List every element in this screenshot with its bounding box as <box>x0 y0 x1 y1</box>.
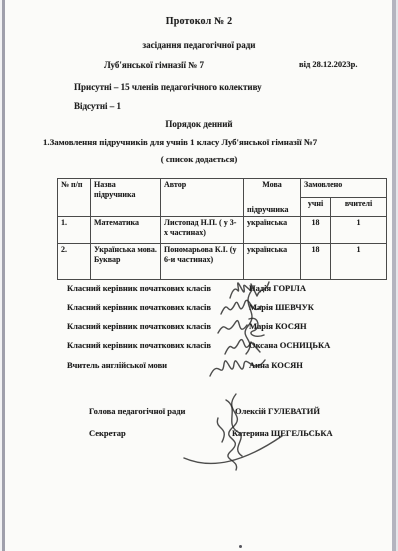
ink-dot <box>239 545 242 548</box>
official-role: Секретар <box>89 428 126 438</box>
official-row: Секретар Катерина ЩЕГЕЛЬСЬКА <box>89 428 126 438</box>
col-header-language-line1: Мова <box>247 180 297 190</box>
absent-line: Відсутні – 1 <box>74 101 121 111</box>
document-title: Протокол № 2 <box>0 16 398 27</box>
col-header-language-line2: підручника <box>247 205 297 215</box>
signer-name: Марія ШЕВЧУК <box>249 302 314 312</box>
signer-role: Класний керівник початкових класів <box>67 283 211 293</box>
col-header-language: Мова підручника <box>244 179 301 217</box>
present-line: Присутні – 15 членів педагогічного колек… <box>74 82 262 92</box>
row-students: 18 <box>301 217 331 244</box>
table-row: 2. Українська мова. Буквар Пономарьова К… <box>58 244 387 280</box>
signer-name: Надія ГОРІЛА <box>249 283 306 293</box>
signer-role: Вчитель англійської мови <box>67 360 167 370</box>
col-header-students: учні <box>301 198 331 217</box>
signer-role: Класний керівник початкових класів <box>67 302 211 312</box>
row-teachers: 1 <box>331 244 387 280</box>
page-left-edge <box>0 0 5 551</box>
table-row: 1. Математика Листопад Н.П. ( у 3-х част… <box>58 217 387 244</box>
page-right-edge <box>392 0 398 551</box>
row-author: Пономарьова К.І. (у 6-и частинах) <box>161 244 244 280</box>
agenda-heading: Порядок денний <box>0 119 398 129</box>
row-author: Листопад Н.П. ( у 3-х частинах) <box>161 217 244 244</box>
textbook-order-table: № п/п Назва підручника Автор Мова підруч… <box>57 178 387 280</box>
signer-role: Класний керівник початкових класів <box>67 340 211 350</box>
col-header-teachers: вчителі <box>331 198 387 217</box>
col-header-name: Назва підручника <box>91 179 161 217</box>
agenda-item: 1.Замовлення підручників для учнів 1 кла… <box>43 137 317 147</box>
school-name: Луб'янської гімназії № 7 <box>104 60 204 70</box>
signer-name: Марія КОСЯН <box>249 321 307 331</box>
col-header-num: № п/п <box>58 179 91 217</box>
row-num: 1. <box>58 217 91 244</box>
official-name: Катерина ЩЕГЕЛЬСЬКА <box>232 428 333 438</box>
document-subtitle: засідання педагогічної ради <box>0 40 398 50</box>
row-language: українська <box>244 217 301 244</box>
row-language: українська <box>244 244 301 280</box>
row-num: 2. <box>58 244 91 280</box>
row-name: Математика <box>91 217 161 244</box>
official-row: Голова педагогічної ради Олексій ГУЛЕВАТ… <box>89 406 185 416</box>
row-teachers: 1 <box>331 217 387 244</box>
signer-name: Оксана ОСНИЦЬКА <box>249 340 330 350</box>
official-name: Олексій ГУЛЕВАТИЙ <box>235 406 320 416</box>
row-name: Українська мова. Буквар <box>91 244 161 280</box>
signer-role: Класний керівник початкових класів <box>67 321 211 331</box>
agenda-note: ( список додається) <box>0 154 398 164</box>
row-students: 18 <box>301 244 331 280</box>
signer-name: Анна КОСЯН <box>249 360 303 370</box>
scanned-protocol-document: Протокол № 2 засідання педагогічної ради… <box>0 0 398 551</box>
document-date: від 28.12.2023р. <box>299 59 357 69</box>
official-role: Голова педагогічної ради <box>89 406 185 416</box>
col-header-ordered: Замовлено <box>301 179 387 198</box>
col-header-author: Автор <box>161 179 244 217</box>
